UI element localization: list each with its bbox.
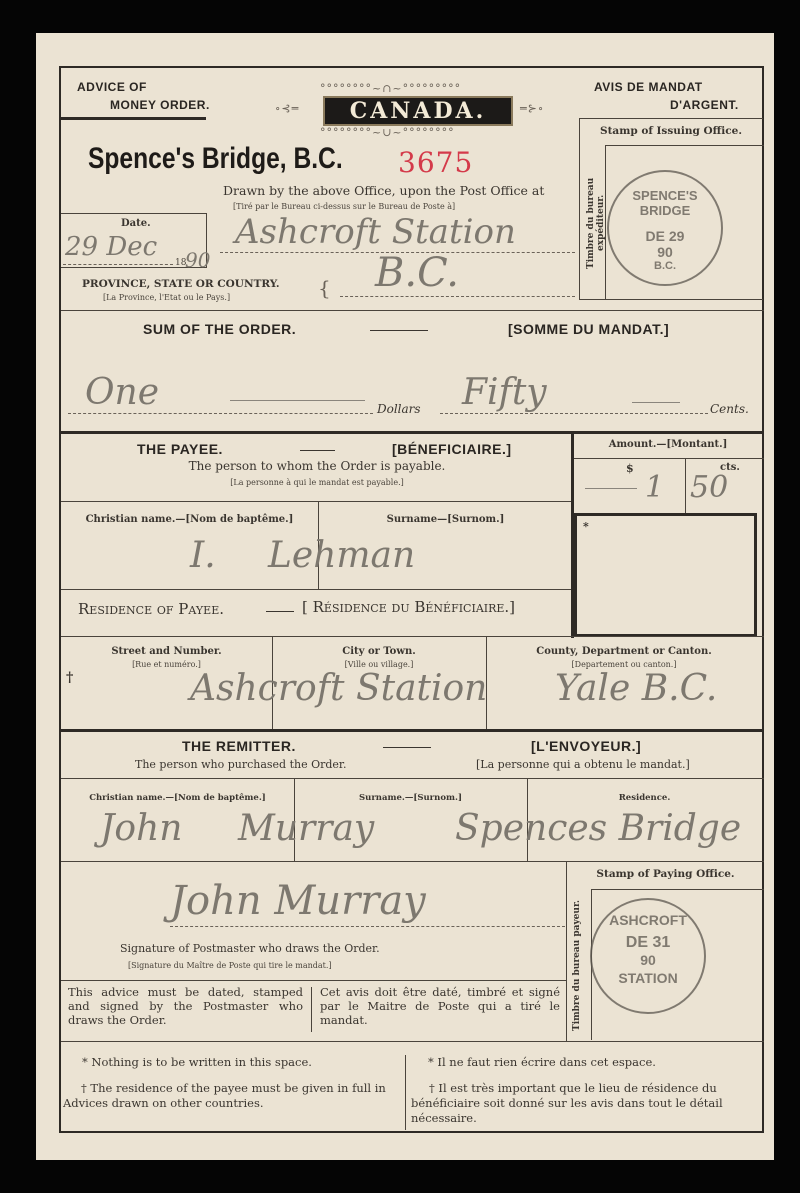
canada-banner: °°°°°°°°~∩~°°°°°°°°° ∘⊰═ ═⊱∘ CANADA. °°°…: [275, 80, 560, 140]
issuing-postmark: SPENCE'S BRIDGE DE 29 90 B.C.: [607, 170, 723, 286]
date-value: 29 Dec: [65, 232, 157, 262]
perforated-edge-right: [771, 33, 777, 1160]
rule-signature-top: [61, 861, 764, 862]
ornament-bottom: °°°°°°°°~∪~°°°°°°°°: [320, 126, 455, 139]
remitter-desc: The person who purchased the Order.: [135, 758, 346, 771]
sum-title-fr: [SOMME DU MANDAT.]: [508, 321, 669, 337]
perforated-edge-left: [33, 33, 39, 1160]
amount-dollars-value: 1: [645, 470, 664, 505]
postmark-year: 90: [609, 244, 721, 260]
payee-title: THE PAYEE.: [137, 441, 223, 457]
payee-surname-value: Lehman: [268, 535, 415, 576]
remitter-christian-label: Christian name.—[Nom de baptême.]: [61, 793, 294, 803]
residence-title: Residence of Payee.: [78, 600, 224, 618]
province-label-fr: [La Province, l'Etat ou le Pays.]: [103, 293, 230, 302]
date-line: [63, 264, 173, 265]
rule-residence-cols: [61, 636, 764, 637]
sum-title: SUM OF THE ORDER.: [143, 321, 296, 337]
notice-residence-full: † The residence of the payee must be giv…: [63, 1081, 399, 1111]
rule-sum-top: [61, 310, 764, 311]
ornament-right: ═⊱∘: [520, 102, 544, 115]
header-right-line1: AVIS DE MANDAT: [594, 80, 703, 94]
sum-cents-stroke: [632, 402, 680, 403]
postmark-province: B.C.: [609, 260, 721, 272]
reserved-box: *: [574, 513, 757, 637]
payee-christian-label: Christian name.—[Nom de baptême.]: [61, 514, 318, 525]
postmark-station: STATION: [592, 970, 704, 986]
ornament-left: ∘⊰═: [275, 102, 299, 115]
remitter-surname-label: Surname.—[Surnom.]: [294, 793, 527, 803]
remitter-residence-label: Residence.: [527, 793, 762, 803]
remitter-surname-value: Murray: [238, 808, 374, 849]
street-label: Street and Number.: [61, 646, 272, 657]
residence-dash: [266, 611, 294, 612]
notice-must-be-dated-fr: Cet avis doit être daté, timbré et signé…: [320, 985, 560, 1027]
sum-cents-label: Cents.: [710, 402, 749, 416]
remitter-christian-value: John: [100, 808, 182, 849]
divider-footer: [405, 1055, 406, 1130]
drawn-by-label-fr: [Tiré par le Bureau ci-dessus sur le Bur…: [233, 202, 455, 211]
header-left-line1: ADVICE OF: [77, 80, 147, 94]
ornament-top: °°°°°°°°~∩~°°°°°°°°°: [320, 82, 461, 95]
remitter-title: THE REMITTER.: [182, 738, 296, 754]
issuing-office-name: Spence's Bridge, B.C.: [88, 142, 343, 176]
sum-dollars-value: One: [85, 372, 159, 413]
sum-dollars-stroke: [230, 400, 365, 401]
payee-desc: The person to whom the Order is payable.: [61, 459, 573, 473]
serial-number: 3675: [398, 146, 473, 179]
paying-postmark: ASHCROFT DE 31 90 STATION: [590, 898, 706, 1014]
rule-remitter-names: [61, 778, 764, 779]
remitter-dash: [383, 747, 431, 748]
date-label: Date.: [121, 218, 151, 229]
paying-stamp-side-label: Timbre du bureau payeur.: [572, 893, 582, 1038]
city-value: Ashcroft Station: [190, 668, 487, 709]
brace-icon: {: [318, 276, 331, 300]
sum-dash: [370, 330, 428, 331]
rule-notice-top: [61, 980, 566, 981]
payee-dash: [300, 450, 335, 451]
payee-christian-value: I.: [190, 535, 216, 576]
postmaster-signature: John Murray: [170, 878, 426, 924]
country-banner: CANADA.: [323, 96, 513, 126]
province-line: [340, 296, 575, 297]
divider-paying-stamp: [566, 861, 567, 1041]
rule-amount: [574, 458, 764, 459]
header-right-line2: D'ARGENT.: [670, 98, 739, 112]
amount-cents-value: 50: [690, 470, 728, 505]
sum-cents-line: [440, 413, 708, 414]
sum-dollars-line: [68, 413, 373, 414]
header-left-rule: [61, 117, 206, 120]
residence-title-fr: [ Résidence du Bénéficiaire.]: [302, 598, 515, 616]
postmark-year: 90: [592, 952, 704, 968]
rule-residence-top: [61, 589, 573, 590]
residence-dagger: †: [66, 670, 73, 686]
rule-payee-names: [61, 501, 573, 502]
remitter-residence-value: Spences Bridge: [455, 808, 741, 849]
county-label: County, Department or Canton.: [486, 646, 762, 657]
notice-must-be-dated: This advice must be dated, stamped and s…: [68, 985, 303, 1027]
signature-line: [170, 926, 565, 927]
rule-footer-top: [61, 1041, 764, 1042]
reserved-asterisk: *: [583, 520, 589, 533]
header-left-line2: MONEY ORDER.: [110, 98, 210, 112]
paying-stamp-label: Stamp of Paying Office.: [567, 868, 764, 880]
date-box: Date. 29 Dec 18 90: [61, 213, 207, 268]
rule-remitter-top: [61, 729, 764, 732]
payee-title-fr: [BÉNEFICIAIRE.]: [392, 441, 512, 457]
province-value: B.C.: [375, 250, 459, 296]
rule-payee-top: [61, 431, 764, 434]
amount-dollar-sign: $: [626, 462, 634, 475]
signature-label-fr: [Signature du Maître de Poste qui tire l…: [128, 961, 332, 970]
notice-nothing-written-fr: * Il ne faut rien écrire dans cet espace…: [428, 1055, 656, 1069]
sum-cents-value: Fifty: [462, 372, 547, 413]
sum-dollars-label: Dollars: [377, 402, 421, 416]
postmark-date: DE 31: [592, 934, 704, 952]
issuing-stamp-side-label: Timbre du bureau expéditeur.: [586, 149, 606, 297]
year-value: 90: [185, 248, 210, 272]
notice-nothing-written: * Nothing is to be written in this space…: [82, 1055, 312, 1069]
remitter-desc-fr: [La personne qui a obtenu le mandat.]: [476, 758, 690, 771]
notice-residence-full-fr: † Il est très important que le lieu de r…: [411, 1081, 749, 1126]
remitter-title-fr: [L'ENVOYEUR.]: [531, 738, 641, 754]
postmark-office: ASHCROFT: [592, 912, 704, 928]
payee-desc-fr: [La personne à qui le mandat est payable…: [61, 478, 573, 487]
divider-notice: [311, 987, 312, 1032]
postmark-office: SPENCE'S BRIDGE: [609, 188, 721, 218]
payee-surname-label: Surname—[Surnom.]: [318, 514, 573, 525]
signature-label: Signature of Postmaster who draws the Or…: [120, 942, 380, 955]
postmark-date: DE 29: [609, 228, 721, 244]
amount-dollars-stroke: [585, 488, 637, 489]
divider-amount-cents: [685, 458, 686, 513]
drawn-by-label: Drawn by the above Office, upon the Post…: [223, 183, 544, 198]
county-value: Yale B.C.: [555, 668, 717, 709]
amount-label: Amount.—[Montant.]: [574, 439, 762, 450]
city-label: City or Town.: [272, 646, 486, 657]
payee-office-value: Ashcroft Station: [235, 212, 516, 252]
issuing-stamp-label: Stamp of Issuing Office.: [600, 125, 742, 137]
province-label: PROVINCE, STATE OR COUNTRY.: [82, 278, 280, 290]
